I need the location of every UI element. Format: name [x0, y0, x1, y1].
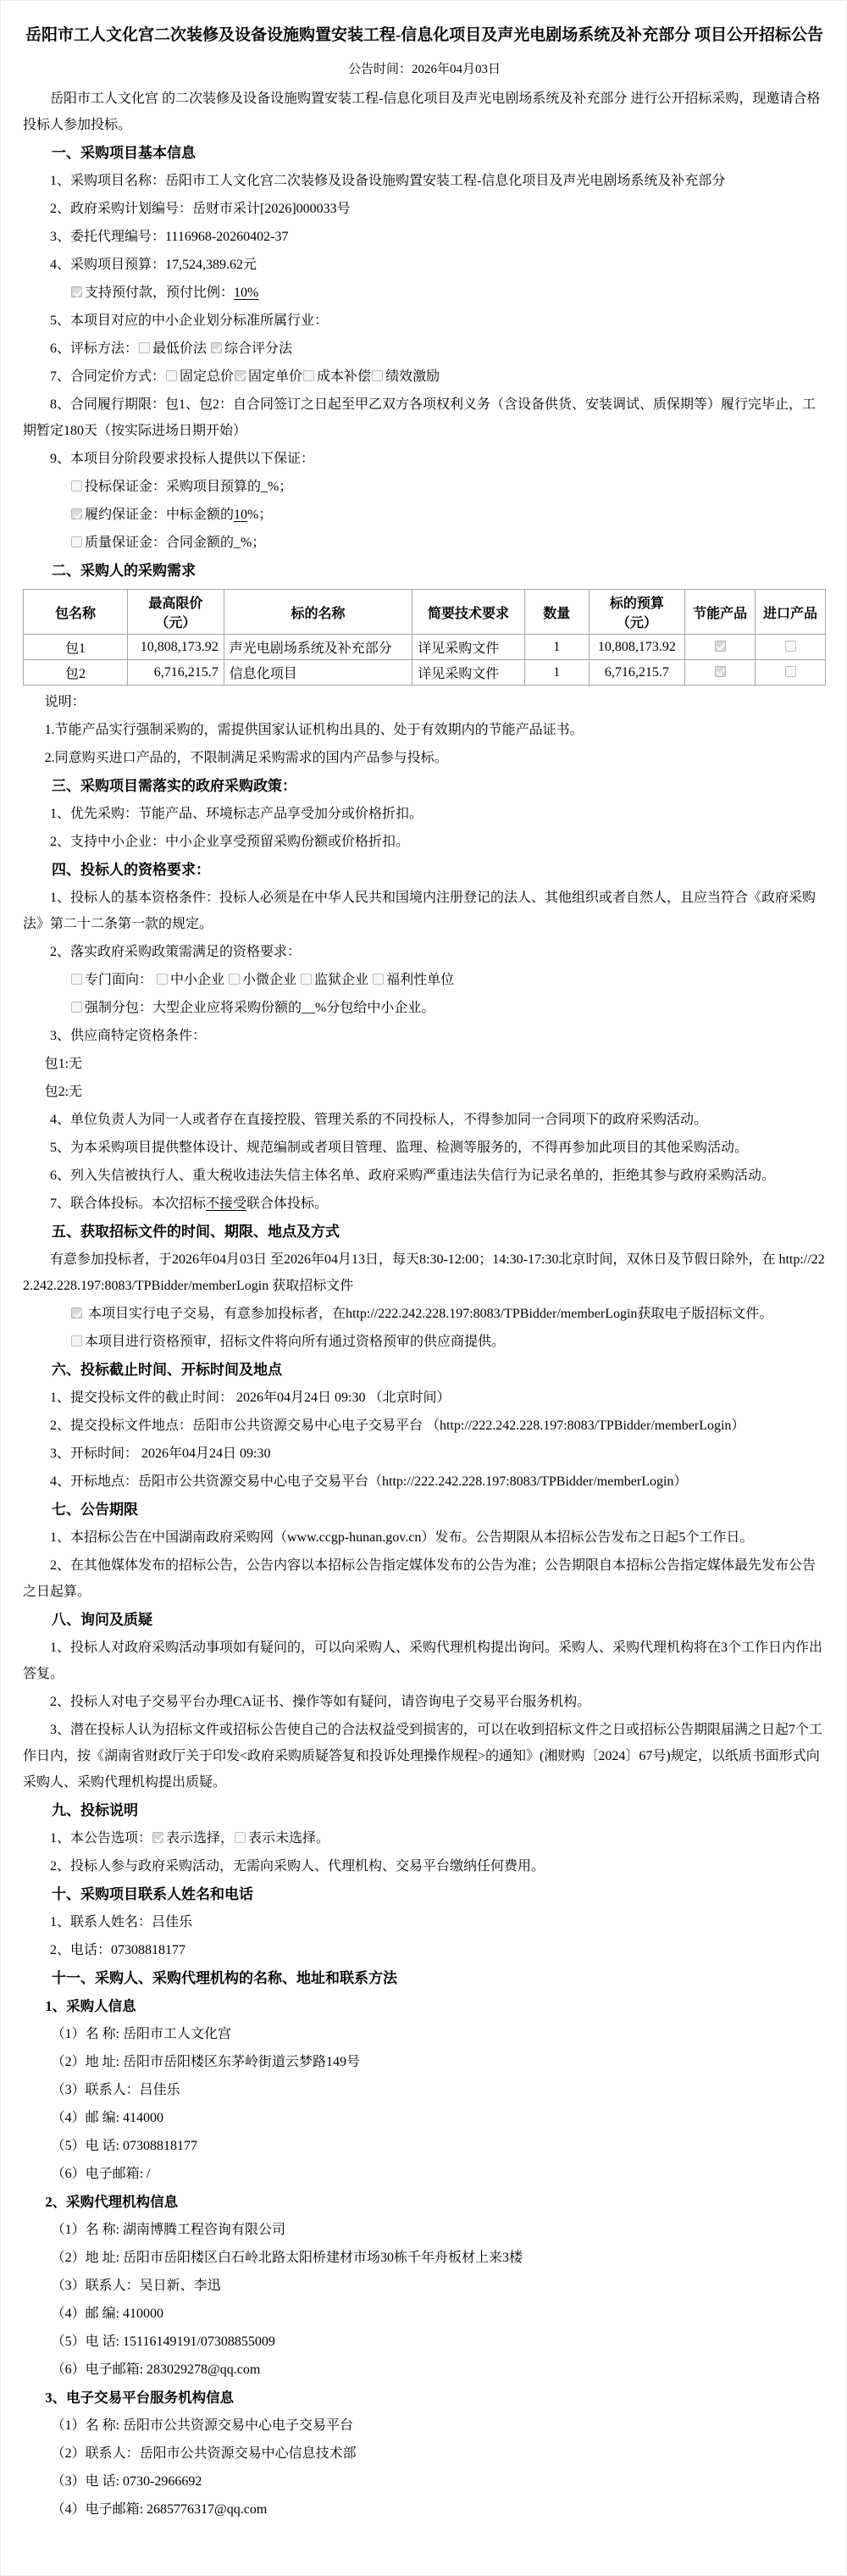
paragraph: 2、在其他媒体发布的招标公告，公告内容以本招标公告指定媒体发布的公告为准；公告期…	[23, 1552, 826, 1605]
subsection-heading: 2、采购代理机构信息	[23, 2189, 826, 2215]
contact-detail-line: （2）地 址: 岳阳市岳阳楼区东茅岭街道云梦路149号	[23, 2049, 826, 2075]
table-cell: 声光电剧场系统及补充部分	[224, 635, 412, 660]
checkbox-unchecked-icon	[229, 974, 240, 985]
procurement-requirements-table: 包名称最高限价（元）标的名称简要技术要求数量标的预算（元）节能产品进口产品包11…	[23, 589, 826, 686]
checkbox-option-line: 强制分包：大型企业应将采购份额的__%分包给中小企业。	[23, 995, 826, 1021]
paragraph: 1、本招标公告在中国湖南政府采购网（www.ccgp-hunan.gov.cn）…	[23, 1524, 826, 1551]
paragraph: 4、采购项目预算：17,524,389.62元	[23, 252, 826, 278]
announce-time: 公告时间：2026年04月03日	[23, 58, 826, 80]
paragraph: 6、列入失信被执行人、重大税收违法失信主体名单、政府采购严重违法失信行为记录名单…	[23, 1163, 826, 1189]
paragraph: 8、合同履行期限：包1、包2：自合同签订之日起至甲乙双方各项权利义务（含设备供货…	[23, 391, 826, 444]
underlined-value: 10%	[234, 286, 258, 300]
table-cell	[756, 660, 826, 686]
paragraph: 4、单位负责人为同一人或者存在直接控股、管理关系的不同投标人，不得参加同一合同项…	[23, 1107, 826, 1133]
contact-detail-line: （1）名 称: 湖南博腾工程咨询有限公司	[23, 2217, 826, 2243]
subsection-heading: 3、电子交易平台服务机构信息	[23, 2384, 826, 2411]
checkbox-checked-icon	[235, 370, 246, 381]
section-heading: 三、采购项目需落实的政府采购政策：	[23, 773, 826, 799]
underlined-value: 不接受	[206, 1196, 246, 1211]
table-header-cell: 简要技术要求	[412, 590, 525, 635]
paragraph: 3、供应商特定资格条件：	[23, 1023, 826, 1049]
checkbox-unchecked-icon	[785, 666, 796, 677]
paragraph: 4、开标地点：岳阳市公共资源交易中心电子交易平台（http://222.242.…	[23, 1468, 826, 1495]
checkbox-option-line: 专门面向： 中小企业 小微企业 监狱企业 福利性单位	[23, 967, 826, 993]
table-cell: 1	[524, 635, 589, 660]
checkbox-checked-icon	[71, 508, 82, 519]
paragraph: 5、本项目对应的中小企业划分标准所属行业：	[23, 308, 826, 334]
note-line: 包2:无	[23, 1079, 826, 1105]
paragraph: 1、投标人对政府采购活动事项如有疑问的，可以向采购人、采购代理机构提出询问。采购…	[23, 1635, 826, 1687]
checkbox-option-line: 本项目实行电子交易，有意参加投标者，在http://222.242.228.19…	[23, 1301, 826, 1327]
checkbox-unchecked-icon	[372, 370, 383, 381]
paragraph: 1、采购项目名称：岳阳市工人文化宫二次装修及设备设施购置安装工程-信息化项目及声…	[23, 168, 826, 194]
paragraph: 1、提交投标文件的截止时间： 2026年04月24日 09:30 （北京时间）	[23, 1385, 826, 1411]
page-title: 岳阳市工人文化宫二次装修及设备设施购置安装工程-信息化项目及声光电剧场系统及补充…	[23, 23, 826, 48]
paragraph: 3、委托代理编号：1116968-20260402-37	[23, 224, 826, 250]
section-heading: 十一、采购人、采购代理机构的名称、地址和联系方法	[23, 1965, 826, 1991]
paragraph: 2、支持中小企业：中小企业享受预留采购份额或价格折扣。	[23, 829, 826, 855]
intro-paragraph: 岳阳市工人文化宫 的二次装修及设备设施购置安装工程-信息化项目及声光电剧场系统及…	[23, 86, 826, 138]
checkbox-checked-icon	[71, 286, 82, 297]
checkbox-unchecked-icon	[71, 974, 82, 985]
checkbox-option-line: 支持预付款，预付比例：10%	[23, 280, 826, 306]
paragraph: 3、潜在投标人认为招标文件或招标公告使自己的合法权益受到损害的，可以在收到招标文…	[23, 1717, 826, 1796]
contact-detail-line: （3）联系人：吴日新、李迅	[23, 2273, 826, 2299]
paragraph: 2、提交投标文件地点：岳阳市公共资源交易中心电子交易平台 （http://222…	[23, 1413, 826, 1439]
checkbox-unchecked-icon	[166, 370, 177, 381]
section-heading: 九、投标说明	[23, 1797, 826, 1824]
checkbox-unchecked-icon	[373, 974, 384, 985]
table-header-cell: 包名称	[24, 590, 128, 635]
checkbox-checked-icon	[715, 641, 726, 652]
announcement-page: 岳阳市工人文化宫二次装修及设备设施购置安装工程-信息化项目及声光电剧场系统及补充…	[0, 0, 847, 2576]
checkbox-option-line: 履约保证金：中标金额的10%；	[23, 502, 826, 528]
checkbox-unchecked-icon	[71, 536, 82, 547]
table-header-cell: 节能产品	[685, 590, 756, 635]
table-header-cell: 进口产品	[756, 590, 826, 635]
table-cell: 包1	[24, 635, 128, 660]
paragraph: 7、合同定价方式：固定总价固定单价成本补偿绩效激励	[23, 364, 826, 390]
checkbox-option-line: 投标保证金：采购项目预算的_%；	[23, 474, 826, 500]
table-cell: 6,716,215.7	[128, 660, 224, 686]
checkbox-unchecked-icon	[157, 974, 168, 985]
paragraph: 1、优先采购：节能产品、环境标志产品享受加分或价格折扣。	[23, 801, 826, 827]
table-cell	[685, 660, 756, 686]
checkbox-unchecked-icon	[303, 370, 314, 381]
checkbox-unchecked-icon	[785, 641, 796, 652]
table-cell: 详见采购文件	[412, 635, 525, 660]
table-cell	[756, 635, 826, 660]
contact-detail-line: （3）电 话: 0730-2966692	[23, 2468, 826, 2495]
paragraph: 1、联系人姓名：吕佳乐	[23, 1909, 826, 1935]
table-cell: 10,808,173.92	[589, 635, 685, 660]
contact-detail-line: （4）邮 编: 410000	[23, 2301, 826, 2327]
contact-detail-line: （3）联系人：吕佳乐	[23, 2077, 826, 2103]
paragraph: 2、落实政府采购政策需满足的资格要求：	[23, 939, 826, 965]
contact-detail-line: （5）电 话: 07308818177	[23, 2133, 826, 2159]
checkbox-unchecked-icon	[301, 974, 312, 985]
note-line: 包1:无	[23, 1051, 826, 1077]
table-cell: 6,716,215.7	[589, 660, 685, 686]
note-line: 2.同意购买进口产品的，不限制满足采购需求的国内产品参与投标。	[23, 745, 826, 771]
table-cell	[685, 635, 756, 660]
paragraph: 1、本公告选项：表示选择，表示未选择。	[23, 1825, 826, 1851]
paragraph: 1、投标人的基本资格条件：投标人必须是在中华人民共和国境内注册登记的法人、其他组…	[23, 885, 826, 937]
table-cell: 1	[524, 660, 589, 686]
table-header-cell: 数量	[524, 590, 589, 635]
paragraph: 2、电话：07308818177	[23, 1937, 826, 1963]
section-heading: 八、询问及质疑	[23, 1607, 826, 1633]
checkbox-option-line: 质量保证金：合同金额的_%；	[23, 530, 826, 556]
subsection-heading: 1、采购人信息	[23, 1993, 826, 2019]
section-heading: 一、采购项目基本信息	[23, 140, 826, 166]
table-row: 包110,808,173.92声光电剧场系统及补充部分详见采购文件110,808…	[24, 635, 826, 660]
section-heading: 二、采购人的采购需求	[23, 558, 826, 584]
requirements-table: 包名称最高限价（元）标的名称简要技术要求数量标的预算（元）节能产品进口产品包11…	[23, 589, 826, 686]
paragraph: 3、开标时间： 2026年04月24日 09:30	[23, 1441, 826, 1467]
checkbox-unchecked-icon	[235, 1832, 246, 1843]
checkbox-unchecked-icon	[71, 1335, 82, 1346]
contact-detail-line: （1）名 称: 岳阳市工人文化宫	[23, 2021, 826, 2047]
underlined-value: 10	[234, 508, 247, 522]
section-heading: 十、采购项目联系人姓名和电话	[23, 1881, 826, 1907]
contact-detail-line: （6）电子邮箱: 283029278@qq.com	[23, 2357, 826, 2383]
note-line: 1.节能产品实行强制采购的，需提供国家认证机构出具的、处于有效期内的节能产品证书…	[23, 717, 826, 743]
contact-detail-line: （4）邮 编: 414000	[23, 2105, 826, 2131]
checkbox-checked-icon	[211, 342, 222, 353]
checkbox-checked-icon	[152, 1832, 163, 1843]
paragraph: 6、评标方法：最低价法 综合评分法	[23, 336, 826, 362]
table-cell: 信息化项目	[224, 660, 412, 686]
section-heading: 四、投标人的资格要求：	[23, 857, 826, 883]
checkbox-unchecked-icon	[71, 1002, 82, 1013]
checkbox-unchecked-icon	[139, 342, 150, 353]
section-heading: 五、获取招标文件的时间、期限、地点及方式	[23, 1219, 826, 1245]
checkbox-option-line: 本项目进行资格预审，招标文件将向所有通过资格预审的供应商提供。	[23, 1329, 826, 1355]
note-line: 说明：	[23, 689, 826, 715]
table-header-row: 包名称最高限价（元）标的名称简要技术要求数量标的预算（元）节能产品进口产品	[24, 590, 826, 635]
table-row: 包26,716,215.7信息化项目详见采购文件16,716,215.7	[24, 660, 826, 686]
checkbox-checked-icon	[71, 1307, 82, 1319]
contact-detail-line: （2）地 址: 岳阳市岳阳楼区白石岭北路太阳桥建材市场30栋千年舟板材上来3楼	[23, 2245, 826, 2271]
contact-detail-line: （4）电子邮箱: 2685776317@qq.com	[23, 2496, 826, 2523]
checkbox-unchecked-icon	[71, 480, 82, 491]
paragraph: 2、投标人参与政府采购活动，无需向采购人、代理机构、交易平台缴纳任何费用。	[23, 1853, 826, 1879]
contact-detail-line: （2）联系人：岳阳市公共资源交易中心信息技术部	[23, 2440, 826, 2467]
table-cell: 详见采购文件	[412, 660, 525, 686]
table-cell: 10,808,173.92	[128, 635, 224, 660]
contact-detail-line: （1）名 称: 岳阳市公共资源交易中心电子交易平台	[23, 2412, 826, 2439]
contact-detail-line: （6）电子邮箱: /	[23, 2161, 826, 2187]
section-heading: 六、投标截止时间、开标时间及地点	[23, 1357, 826, 1383]
paragraph: 9、本项目分阶段要求投标人提供以下保证：	[23, 446, 826, 472]
table-header-cell: 标的名称	[224, 590, 412, 635]
paragraph: 2、投标人对电子交易平台办理CA证书、操作等如有疑问，请咨询电子交易平台服务机构…	[23, 1689, 826, 1715]
contact-detail-line: （5）电 话: 15116149191/07308855009	[23, 2329, 826, 2355]
paragraph: 有意参加投标者，于2026年04月03日 至2026年04月13日，每天8:30…	[23, 1246, 826, 1299]
table-header-cell: 标的预算（元）	[589, 590, 685, 635]
section-heading: 七、公告期限	[23, 1496, 826, 1523]
paragraph: 5、为本采购项目提供整体设计、规范编制或者项目管理、监理、检测等服务的，不得再参…	[23, 1135, 826, 1161]
paragraph: 7、联合体投标。本次招标不接受联合体投标。	[23, 1191, 826, 1217]
paragraph: 2、政府采购计划编号：岳财市采计[2026]000033号	[23, 196, 826, 222]
checkbox-checked-icon	[715, 666, 726, 677]
table-cell: 包2	[24, 660, 128, 686]
table-header-cell: 最高限价（元）	[128, 590, 224, 635]
document-body: 岳阳市工人文化宫 的二次装修及设备设施购置安装工程-信息化项目及声光电剧场系统及…	[23, 86, 826, 2523]
